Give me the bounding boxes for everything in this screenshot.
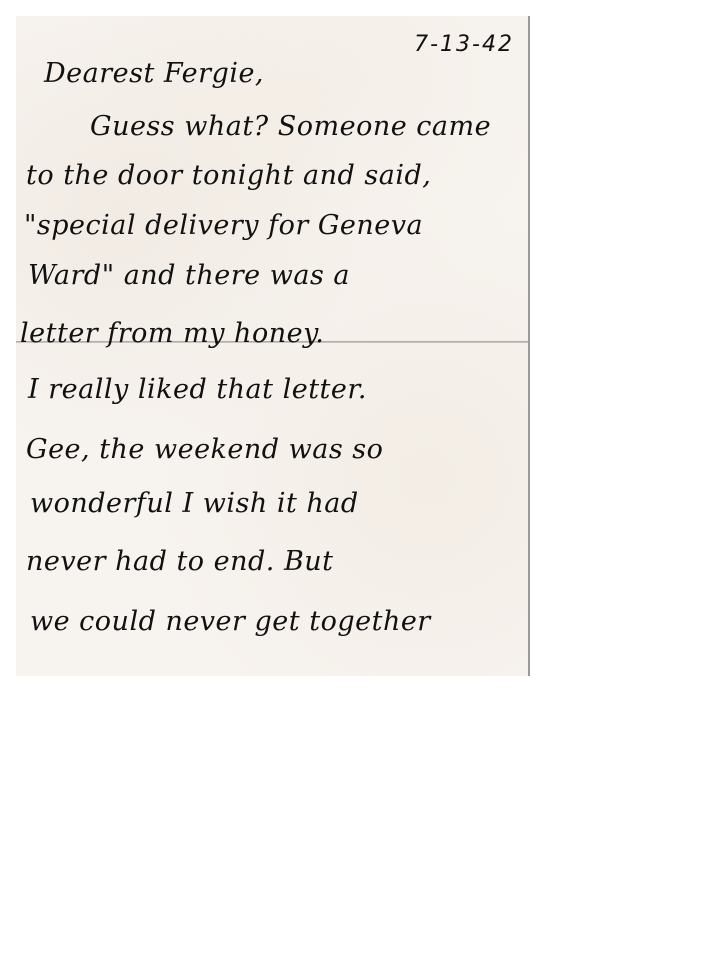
letter-line-10: we could never get together xyxy=(30,608,431,635)
letter-line-8: wonderful I wish it had xyxy=(30,490,359,517)
letter-line-9: never had to end. But xyxy=(26,548,334,575)
letter-line-3: "special delivery for Geneva xyxy=(24,212,423,239)
letter-page: 7-13-42 Dearest Fergie, Guess what? Some… xyxy=(16,16,530,676)
letter-line-2: to the door tonight and said, xyxy=(26,162,431,189)
letter-line-5: letter from my honey. xyxy=(20,320,324,347)
letter-line-4: Ward" and there was a xyxy=(28,262,350,289)
letter-date: 7-13-42 xyxy=(414,32,514,57)
letter-salutation: Dearest Fergie, xyxy=(44,60,264,87)
letter-line-7: Gee, the weekend was so xyxy=(26,436,383,463)
letter-line-1: Guess what? Someone came xyxy=(90,113,491,140)
letter-line-6: I really liked that letter. xyxy=(28,376,367,403)
